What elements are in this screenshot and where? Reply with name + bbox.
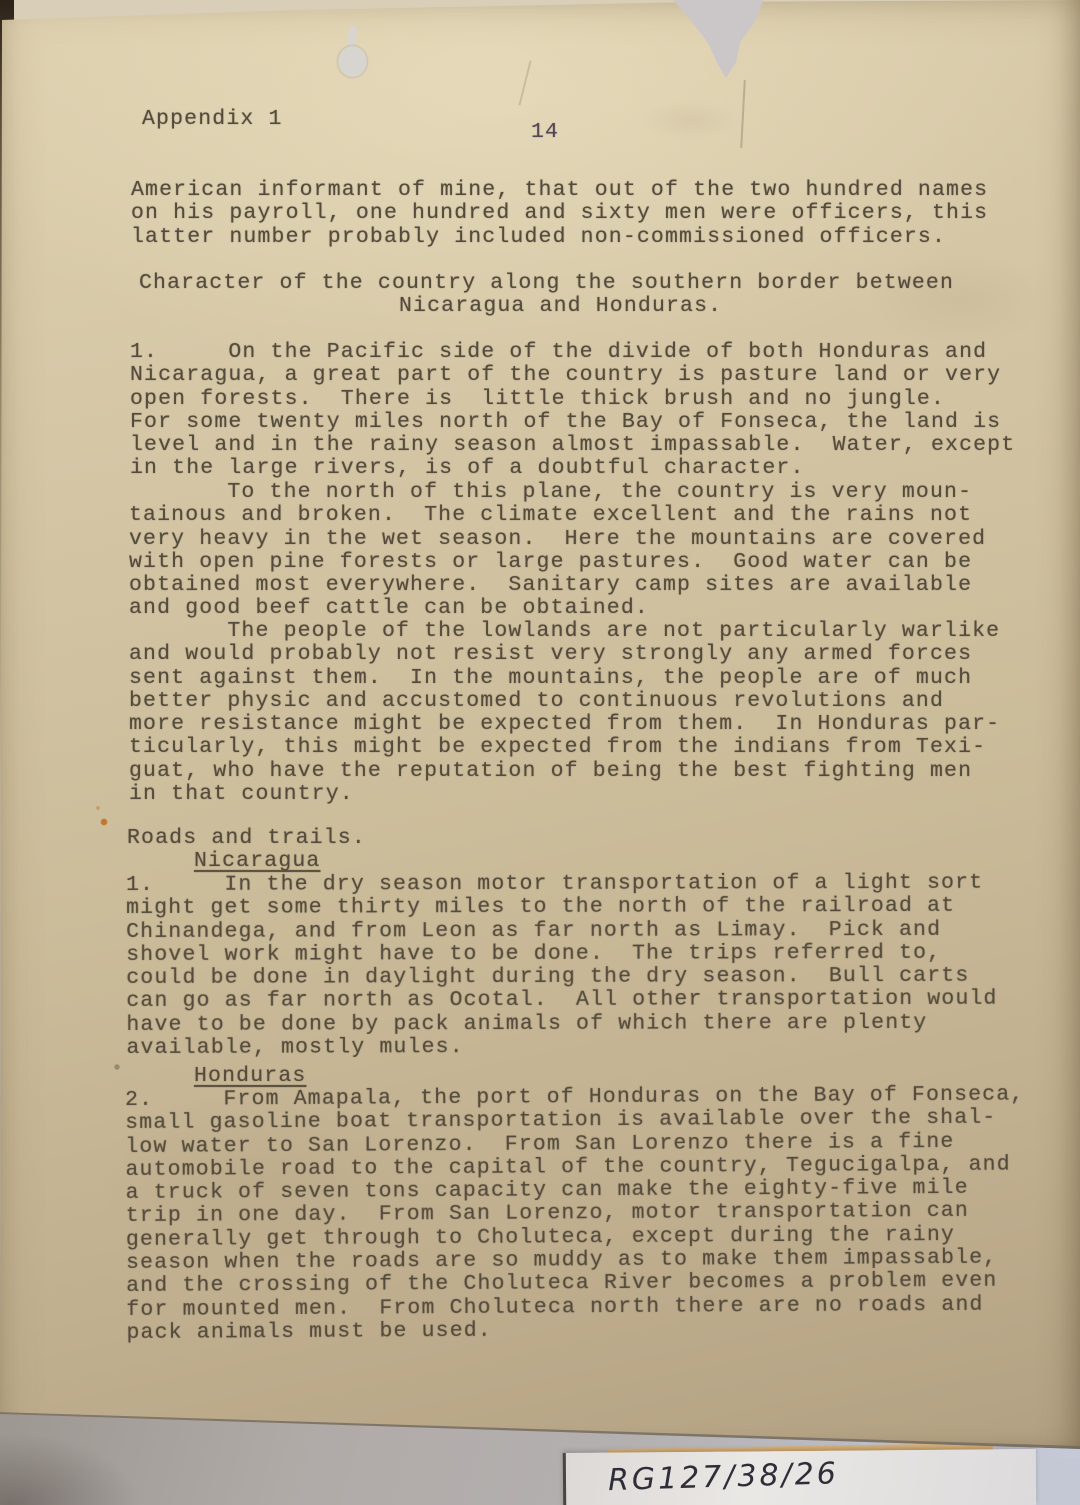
pacific-side-paragraph: 1. On the Pacific side of the divide of … bbox=[130, 341, 1015, 481]
paper-crease bbox=[518, 61, 531, 106]
section-heading-line2: Nicaragua and Honduras. bbox=[399, 295, 722, 318]
page-number: 14 bbox=[531, 121, 559, 144]
archive-slip: RG127/38/26 bbox=[563, 1449, 1036, 1505]
typewritten-page: Appendix 1 14 American informant of mine… bbox=[0, 0, 1080, 1460]
honduras-subheading: Honduras bbox=[194, 1065, 306, 1088]
appendix-label: Appendix 1 bbox=[142, 108, 283, 131]
honduras-roads-paragraph: 2. From Amapala, the port of Honduras on… bbox=[125, 1084, 1026, 1346]
archive-reference-handwriting: RG127/38/26 bbox=[608, 1456, 840, 1498]
nicaragua-roads-paragraph: 1. In the dry season motor transportatio… bbox=[126, 872, 998, 1061]
northern-country-paragraph: To the north of this plane, the country … bbox=[129, 481, 986, 621]
section-heading-line1: Character of the country along the south… bbox=[139, 272, 954, 295]
people-paragraph: The people of the lowlands are not parti… bbox=[129, 620, 1000, 806]
roads-and-trails-heading: Roads and trails. bbox=[127, 827, 366, 850]
intro-paragraph: American informant of mine, that out of … bbox=[131, 179, 988, 249]
punch-hole bbox=[338, 46, 367, 77]
nicaragua-subheading: Nicaragua bbox=[194, 850, 320, 873]
